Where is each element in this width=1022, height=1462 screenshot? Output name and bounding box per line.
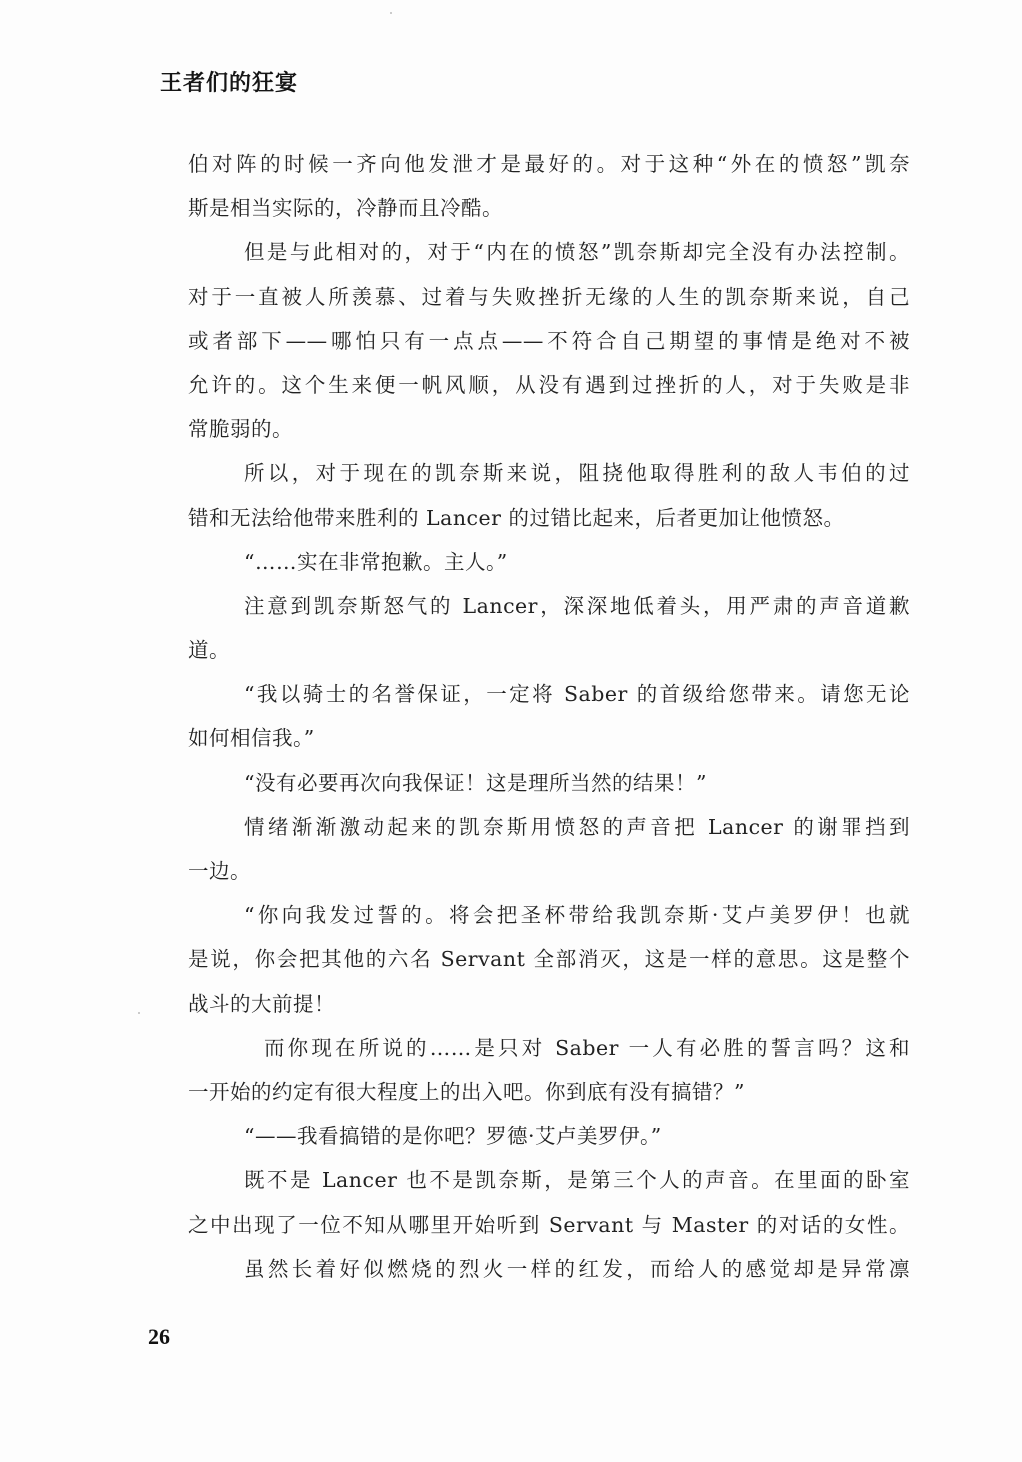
running-head: 王者们的狂宴 [160, 66, 298, 97]
text-line: 注意到凯奈斯怒气的 Lancer，深深地低着头，用严肃的声音道歉 [188, 588, 910, 632]
text-line: 是说，你会把其他的六名 Servant 全部消灭，这是一样的意思。这是整个 [188, 941, 910, 985]
scan-speck [138, 1012, 140, 1014]
text-line: 如何相信我。” [188, 720, 910, 764]
text-line: 既不是 Lancer 也不是凯奈斯，是第三个人的声音。在里面的卧室 [188, 1162, 910, 1206]
text-line: 道。 [188, 632, 910, 676]
text-line: 错和无法给他带来胜利的 Lancer 的过错比起来，后者更加让他愤怒。 [188, 500, 910, 544]
text-line: “你向我发过誓的。将会把圣杯带给我凯奈斯·艾卢美罗伊！也就 [188, 897, 910, 941]
text-line: “……实在非常抱歉。主人。” [188, 544, 910, 588]
text-line: 之中出现了一位不知从哪里开始听到 Servant 与 Master 的对话的女性… [188, 1207, 910, 1251]
scan-speck [390, 12, 392, 14]
text-line: 一开始的约定有很大程度上的出入吧。你到底有没有搞错？” [188, 1074, 910, 1118]
text-line: 允许的。这个生来便一帆风顺，从没有遇到过挫折的人，对于失败是非 [188, 367, 910, 411]
body-text: 伯对阵的时候一齐向他发泄才是最好的。对于这种“外在的愤怒”凯奈 斯是相当实际的，… [188, 146, 910, 1295]
text-line: 虽然长着好似燃烧的烈火一样的红发，而给人的感觉却是异常凛 [188, 1251, 910, 1295]
text-line: “我以骑士的名誉保证，一定将 Saber 的首级给您带来。请您无论 [188, 676, 910, 720]
page-number: 26 [148, 1324, 170, 1350]
text-line: 所以，对于现在的凯奈斯来说，阻挠他取得胜利的敌人韦伯的过 [188, 455, 910, 499]
text-line: 战斗的大前提！ [188, 986, 910, 1030]
text-line: 一边。 [188, 853, 910, 897]
text-line: 情绪渐渐激动起来的凯奈斯用愤怒的声音把 Lancer 的谢罪挡到 [188, 809, 910, 853]
text-line: “——我看搞错的是你吧？罗德·艾卢美罗伊。” [188, 1118, 910, 1162]
text-line: 但是与此相对的，对于“内在的愤怒”凯奈斯却完全没有办法控制。 [188, 234, 910, 278]
text-line: 伯对阵的时候一齐向他发泄才是最好的。对于这种“外在的愤怒”凯奈 [188, 146, 910, 190]
text-line: 斯是相当实际的，冷静而且冷酷。 [188, 190, 910, 234]
text-line: 常脆弱的。 [188, 411, 910, 455]
text-line: 或者部下——哪怕只有一点点——不符合自己期望的事情是绝对不被 [188, 323, 910, 367]
text-line: 而你现在所说的……是只对 Saber 一人有必胜的誓言吗？这和 [188, 1030, 910, 1074]
book-page: 王者们的狂宴 伯对阵的时候一齐向他发泄才是最好的。对于这种“外在的愤怒”凯奈 斯… [0, 0, 1022, 1462]
text-line: “没有必要再次向我保证！这是理所当然的结果！” [188, 765, 910, 809]
text-line: 对于一直被人所羡慕、过着与失败挫折无缘的人生的凯奈斯来说，自己 [188, 279, 910, 323]
